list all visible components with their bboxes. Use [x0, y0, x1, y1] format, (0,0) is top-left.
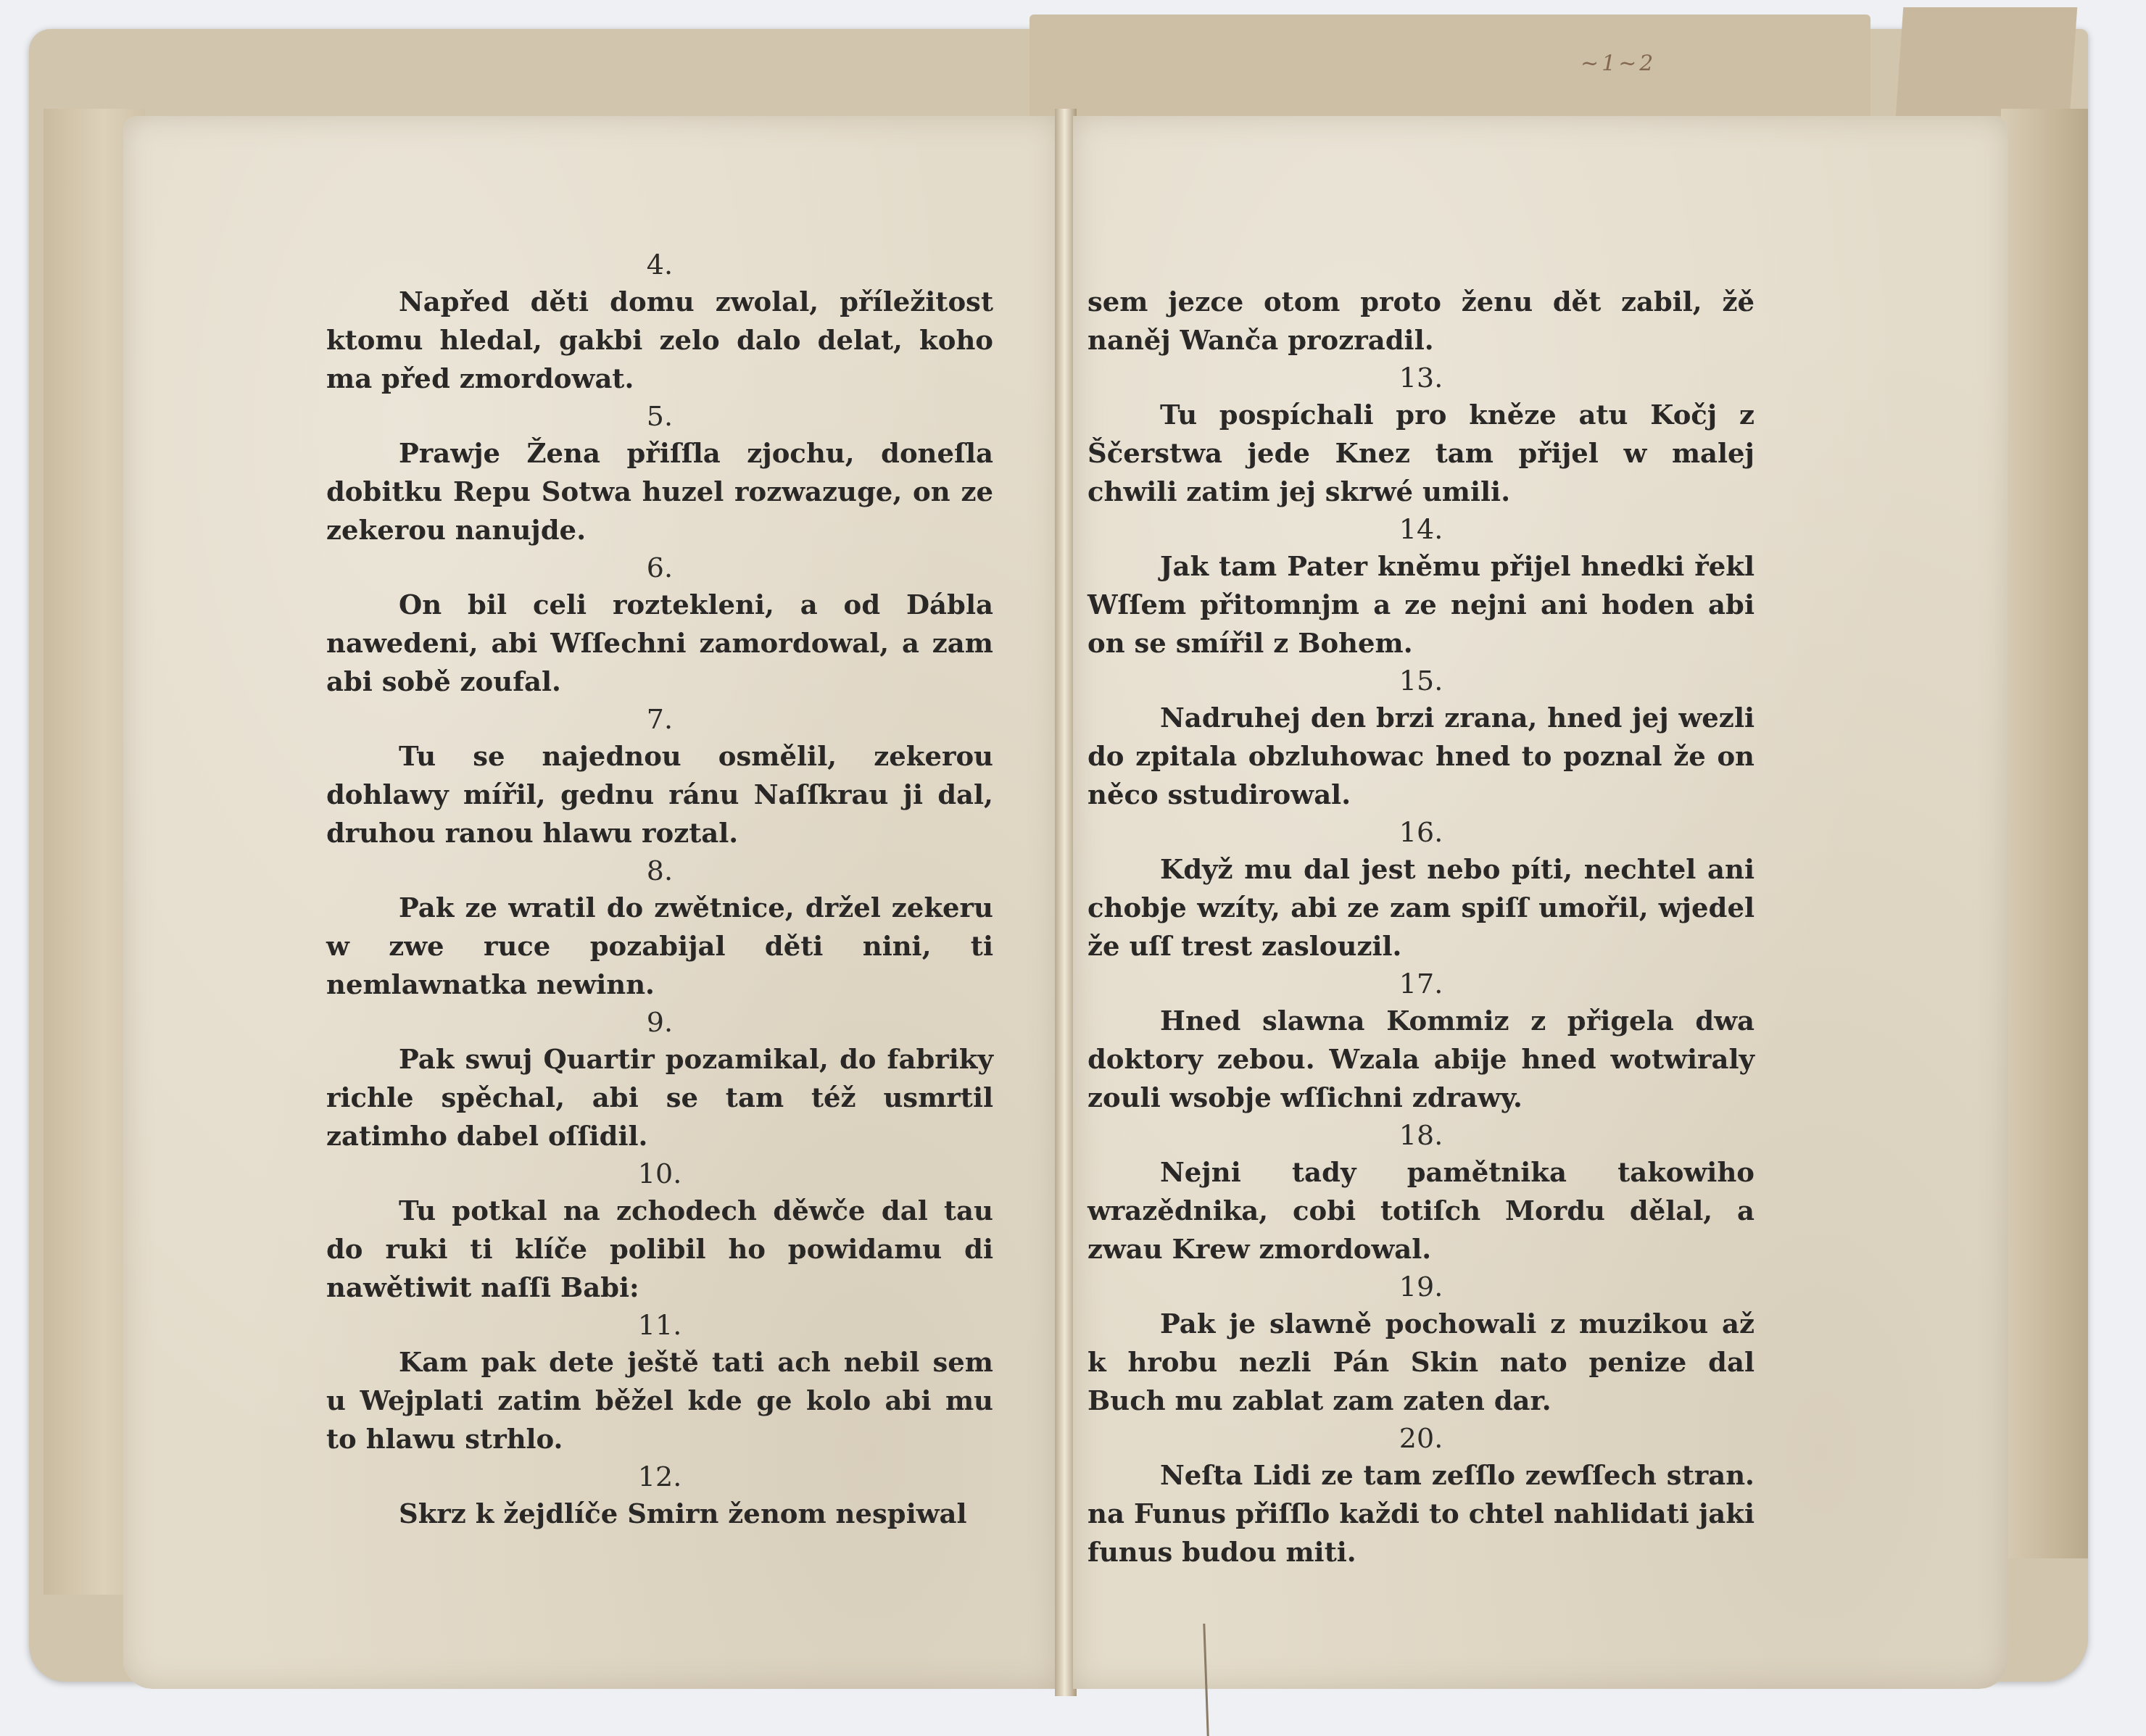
stanza-number: 20.: [1087, 1420, 1754, 1456]
stanza-number: 14.: [1087, 511, 1754, 547]
left-page: 4. Napřed děti domu zwolal, příležitost …: [123, 116, 1058, 1689]
stanza-text: Kam pak dete ještě tati ach nebil sem u …: [326, 1343, 993, 1458]
stanza-number: 11.: [326, 1307, 993, 1343]
stanza-text: Jak tam Pater kněmu přijel hnedki řekl W…: [1087, 547, 1754, 663]
stanza-text: Nejni tady pamětnika takowiho wrazědnika…: [1087, 1153, 1754, 1268]
stanza-number: 9.: [326, 1004, 993, 1040]
stanza-number: 15.: [1087, 663, 1754, 699]
handwritten-mark: ~1~2: [1580, 51, 1656, 76]
torn-back-flap: [1029, 14, 1870, 123]
right-page: sem jezce otom proto ženu dět zabil, žě …: [1073, 116, 2008, 1689]
stanza-number: 16.: [1087, 814, 1754, 850]
stanza-text: Tu potkal na zchodech děwče dal tau do r…: [326, 1192, 993, 1307]
stanza-number: 8.: [326, 852, 993, 889]
left-page-text: 4. Napřed děti domu zwolal, příležitost …: [326, 246, 993, 1533]
stanza-text: Skrz k žejdlíče Smirn ženom nespiwal: [326, 1495, 993, 1533]
stanza-number: 18.: [1087, 1117, 1754, 1153]
stanza-number: 12.: [326, 1458, 993, 1495]
stanza-text: Tu se najednou osmělil, zekerou dohlawy …: [326, 737, 993, 852]
stanza-text: Nadruhej den brzi zrana, hned jej wezli …: [1087, 699, 1754, 814]
stanza-number: 5.: [326, 398, 993, 434]
stanza-text: On bil celi roztekleni, a od Dábla nawed…: [326, 586, 993, 701]
stanza-text: Napřed děti domu zwolal, příležitost kto…: [326, 283, 993, 398]
stanza-text: Když mu dal jest nebo píti, nechtel ani …: [1087, 850, 1754, 965]
stanza-text: Pak je slawně pochowali z muzikou až k h…: [1087, 1305, 1754, 1420]
stanza-text: Neſta Lidi ze tam zeſſlo zewſſech stran.…: [1087, 1456, 1754, 1571]
stanza-number: 6.: [326, 549, 993, 586]
stanza-number: 17.: [1087, 965, 1754, 1002]
stanza-text: Pak swuj Quartir pozamikal, do fabriky r…: [326, 1040, 993, 1155]
stanza-number: 13.: [1087, 360, 1754, 396]
stanza-number: 19.: [1087, 1268, 1754, 1305]
torn-edge-right: [2001, 109, 2088, 1558]
stanza-continuation: sem jezce otom proto ženu dět zabil, žě …: [1087, 283, 1754, 360]
stanza-number: 10.: [326, 1155, 993, 1192]
right-page-text: sem jezce otom proto ženu dět zabil, žě …: [1087, 283, 1754, 1571]
stanza-text: Prawje Žena přiſſla zjochu, doneſla dobi…: [326, 434, 993, 549]
stanza-number: 7.: [326, 701, 993, 737]
stanza-number: 4.: [326, 246, 993, 283]
stanza-text: Tu pospíchali pro kněze atu Kočj z Ščers…: [1087, 396, 1754, 511]
torn-corner-flap: [1896, 7, 2077, 116]
stanza-text: Hned slawna Kommiz z přigela dwa doktory…: [1087, 1002, 1754, 1117]
stanza-text: Pak ze wratil do zwětnice, držel zekeru …: [326, 889, 993, 1004]
